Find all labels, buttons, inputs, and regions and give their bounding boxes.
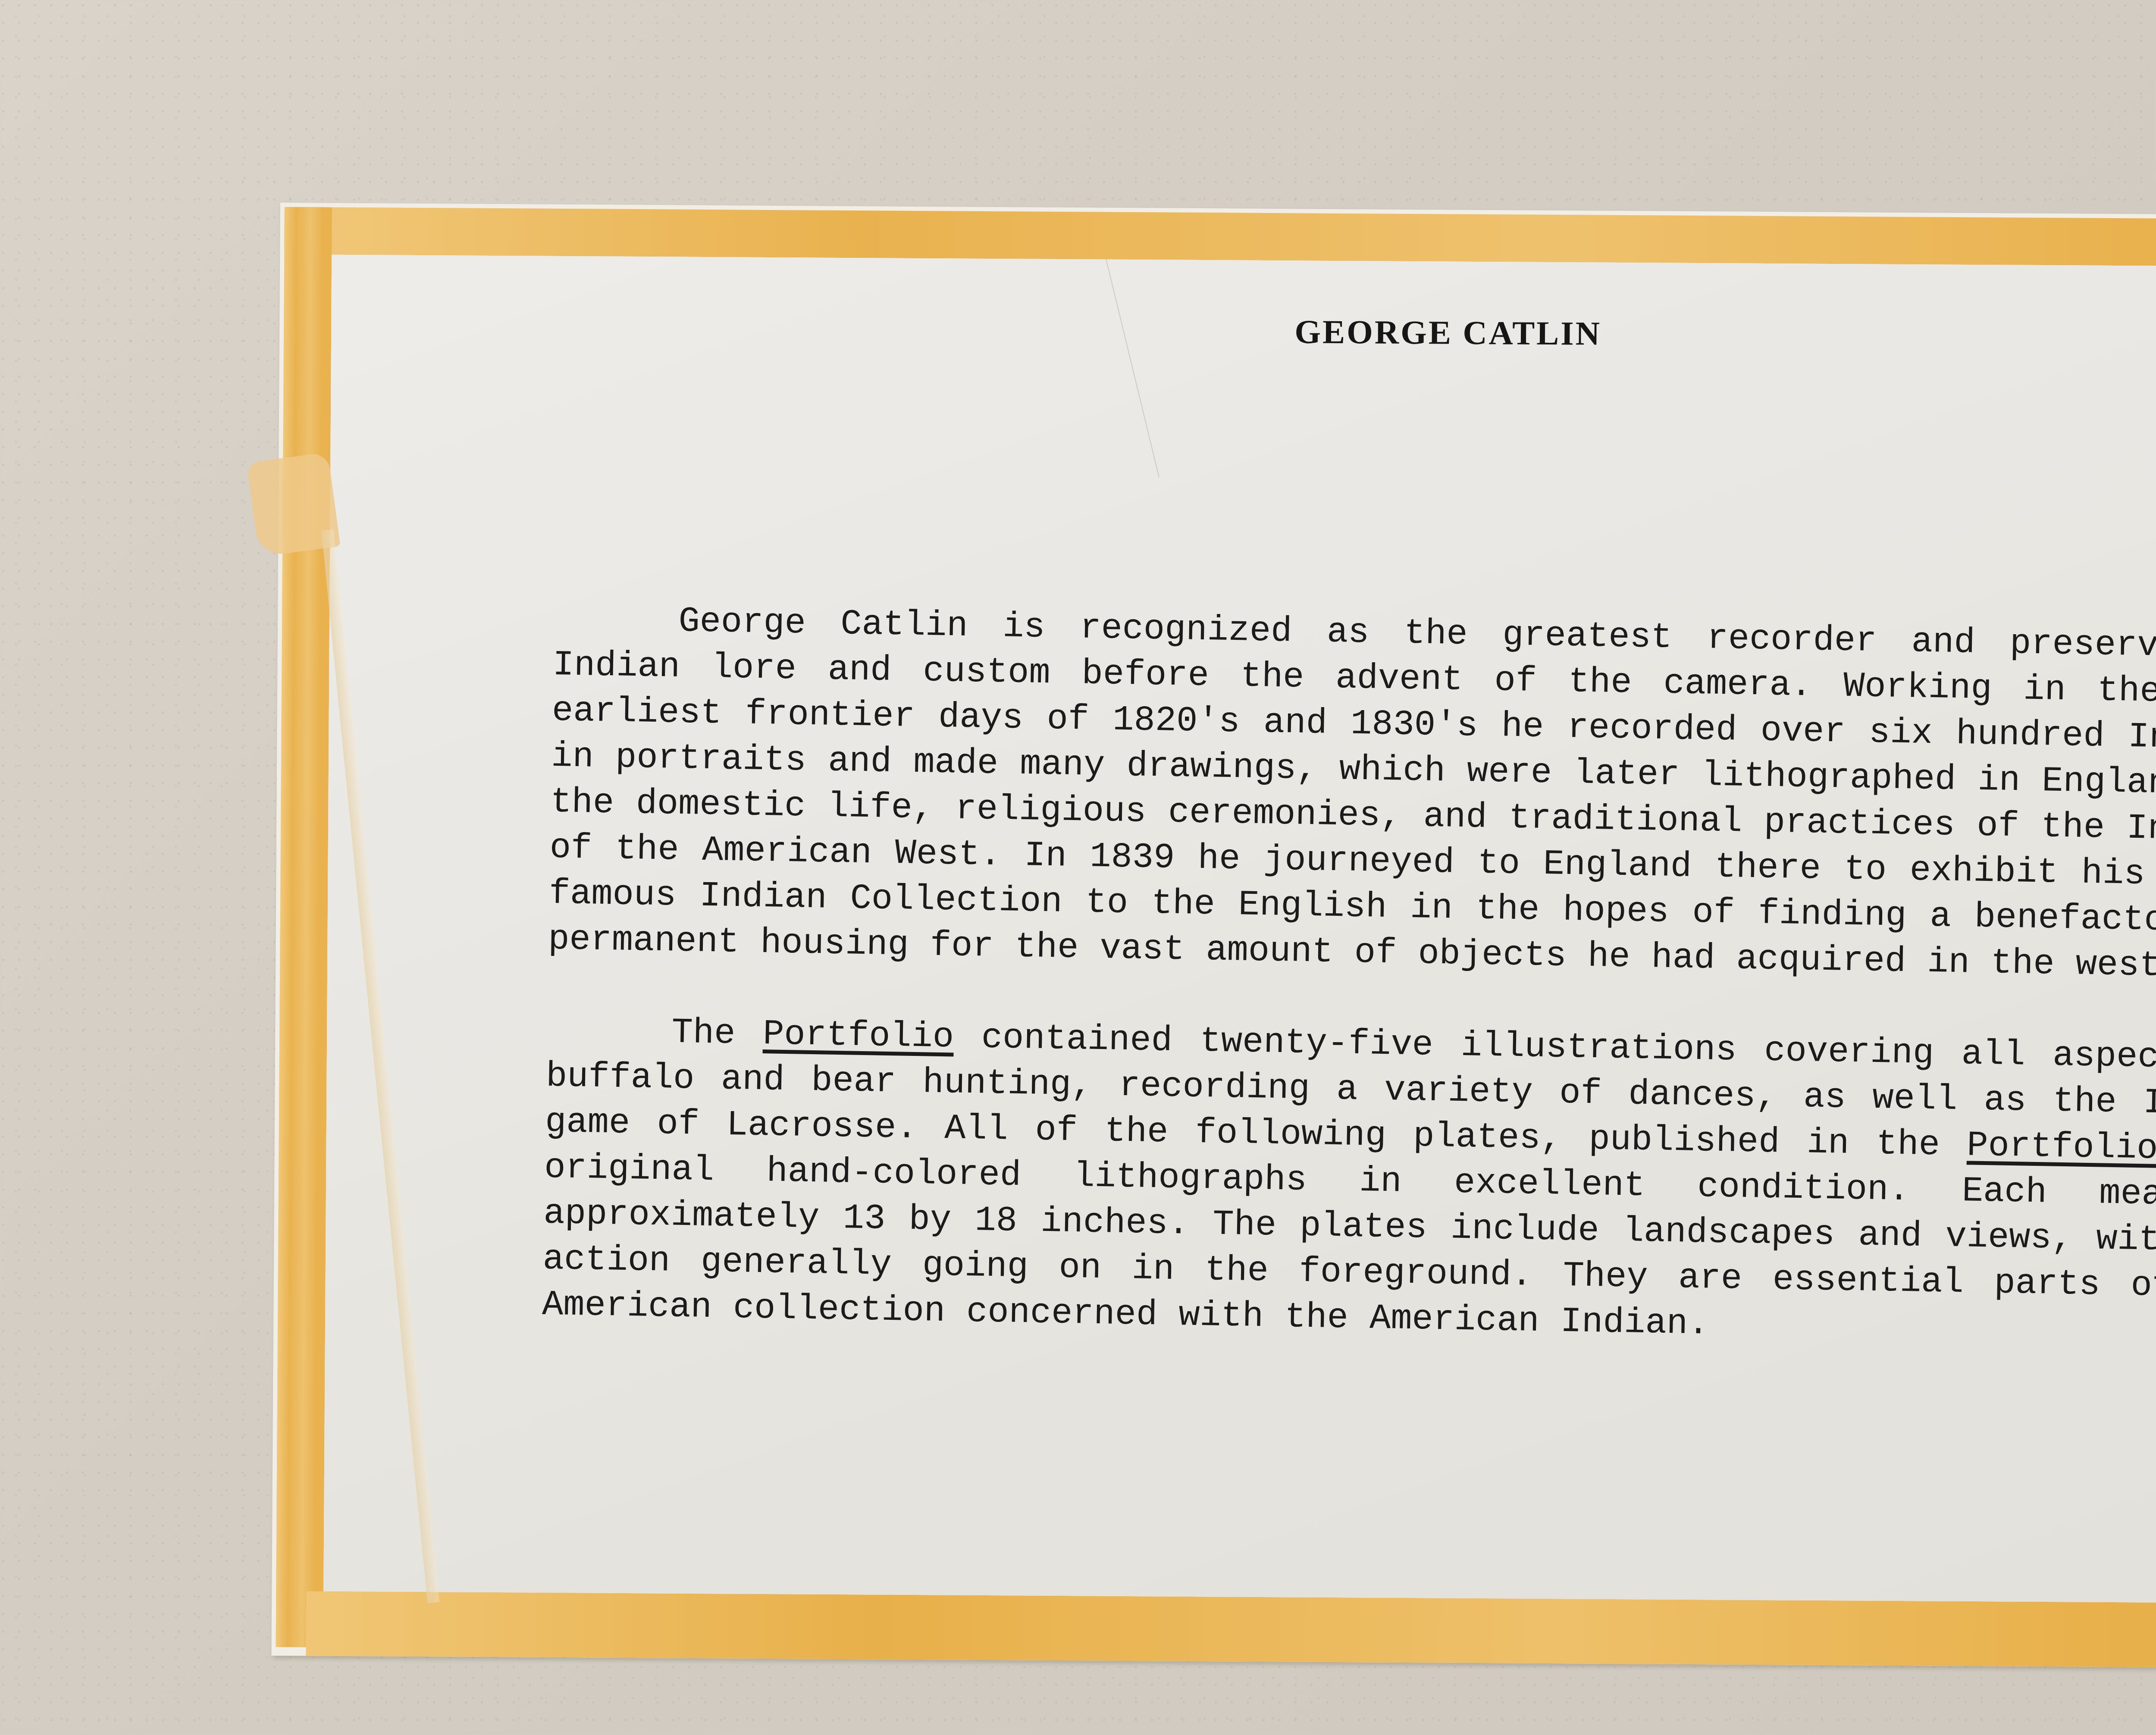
tape-bottom (306, 1591, 2156, 1669)
portfolio-title-1: Portfolio (762, 1014, 954, 1057)
tape-left (276, 207, 332, 1647)
paragraph-1: George Catlin is recognized as the great… (548, 597, 2156, 991)
mounted-label-sheet: GEORGE CATLIN George Catlin is recognize… (271, 203, 2156, 1670)
portfolio-title-2: Portfolio (1967, 1125, 2156, 1168)
page-title: GEORGE CATLIN (331, 307, 2156, 359)
body-text: George Catlin is recognized as the great… (541, 597, 2156, 1402)
typewritten-page: GEORGE CATLIN George Catlin is recognize… (323, 255, 2156, 1605)
paragraph-2-part-1: The (671, 1013, 763, 1054)
paper-crease (1106, 259, 1159, 477)
paragraph-2: The Portfolio contained twenty-five illu… (542, 1008, 2156, 1356)
